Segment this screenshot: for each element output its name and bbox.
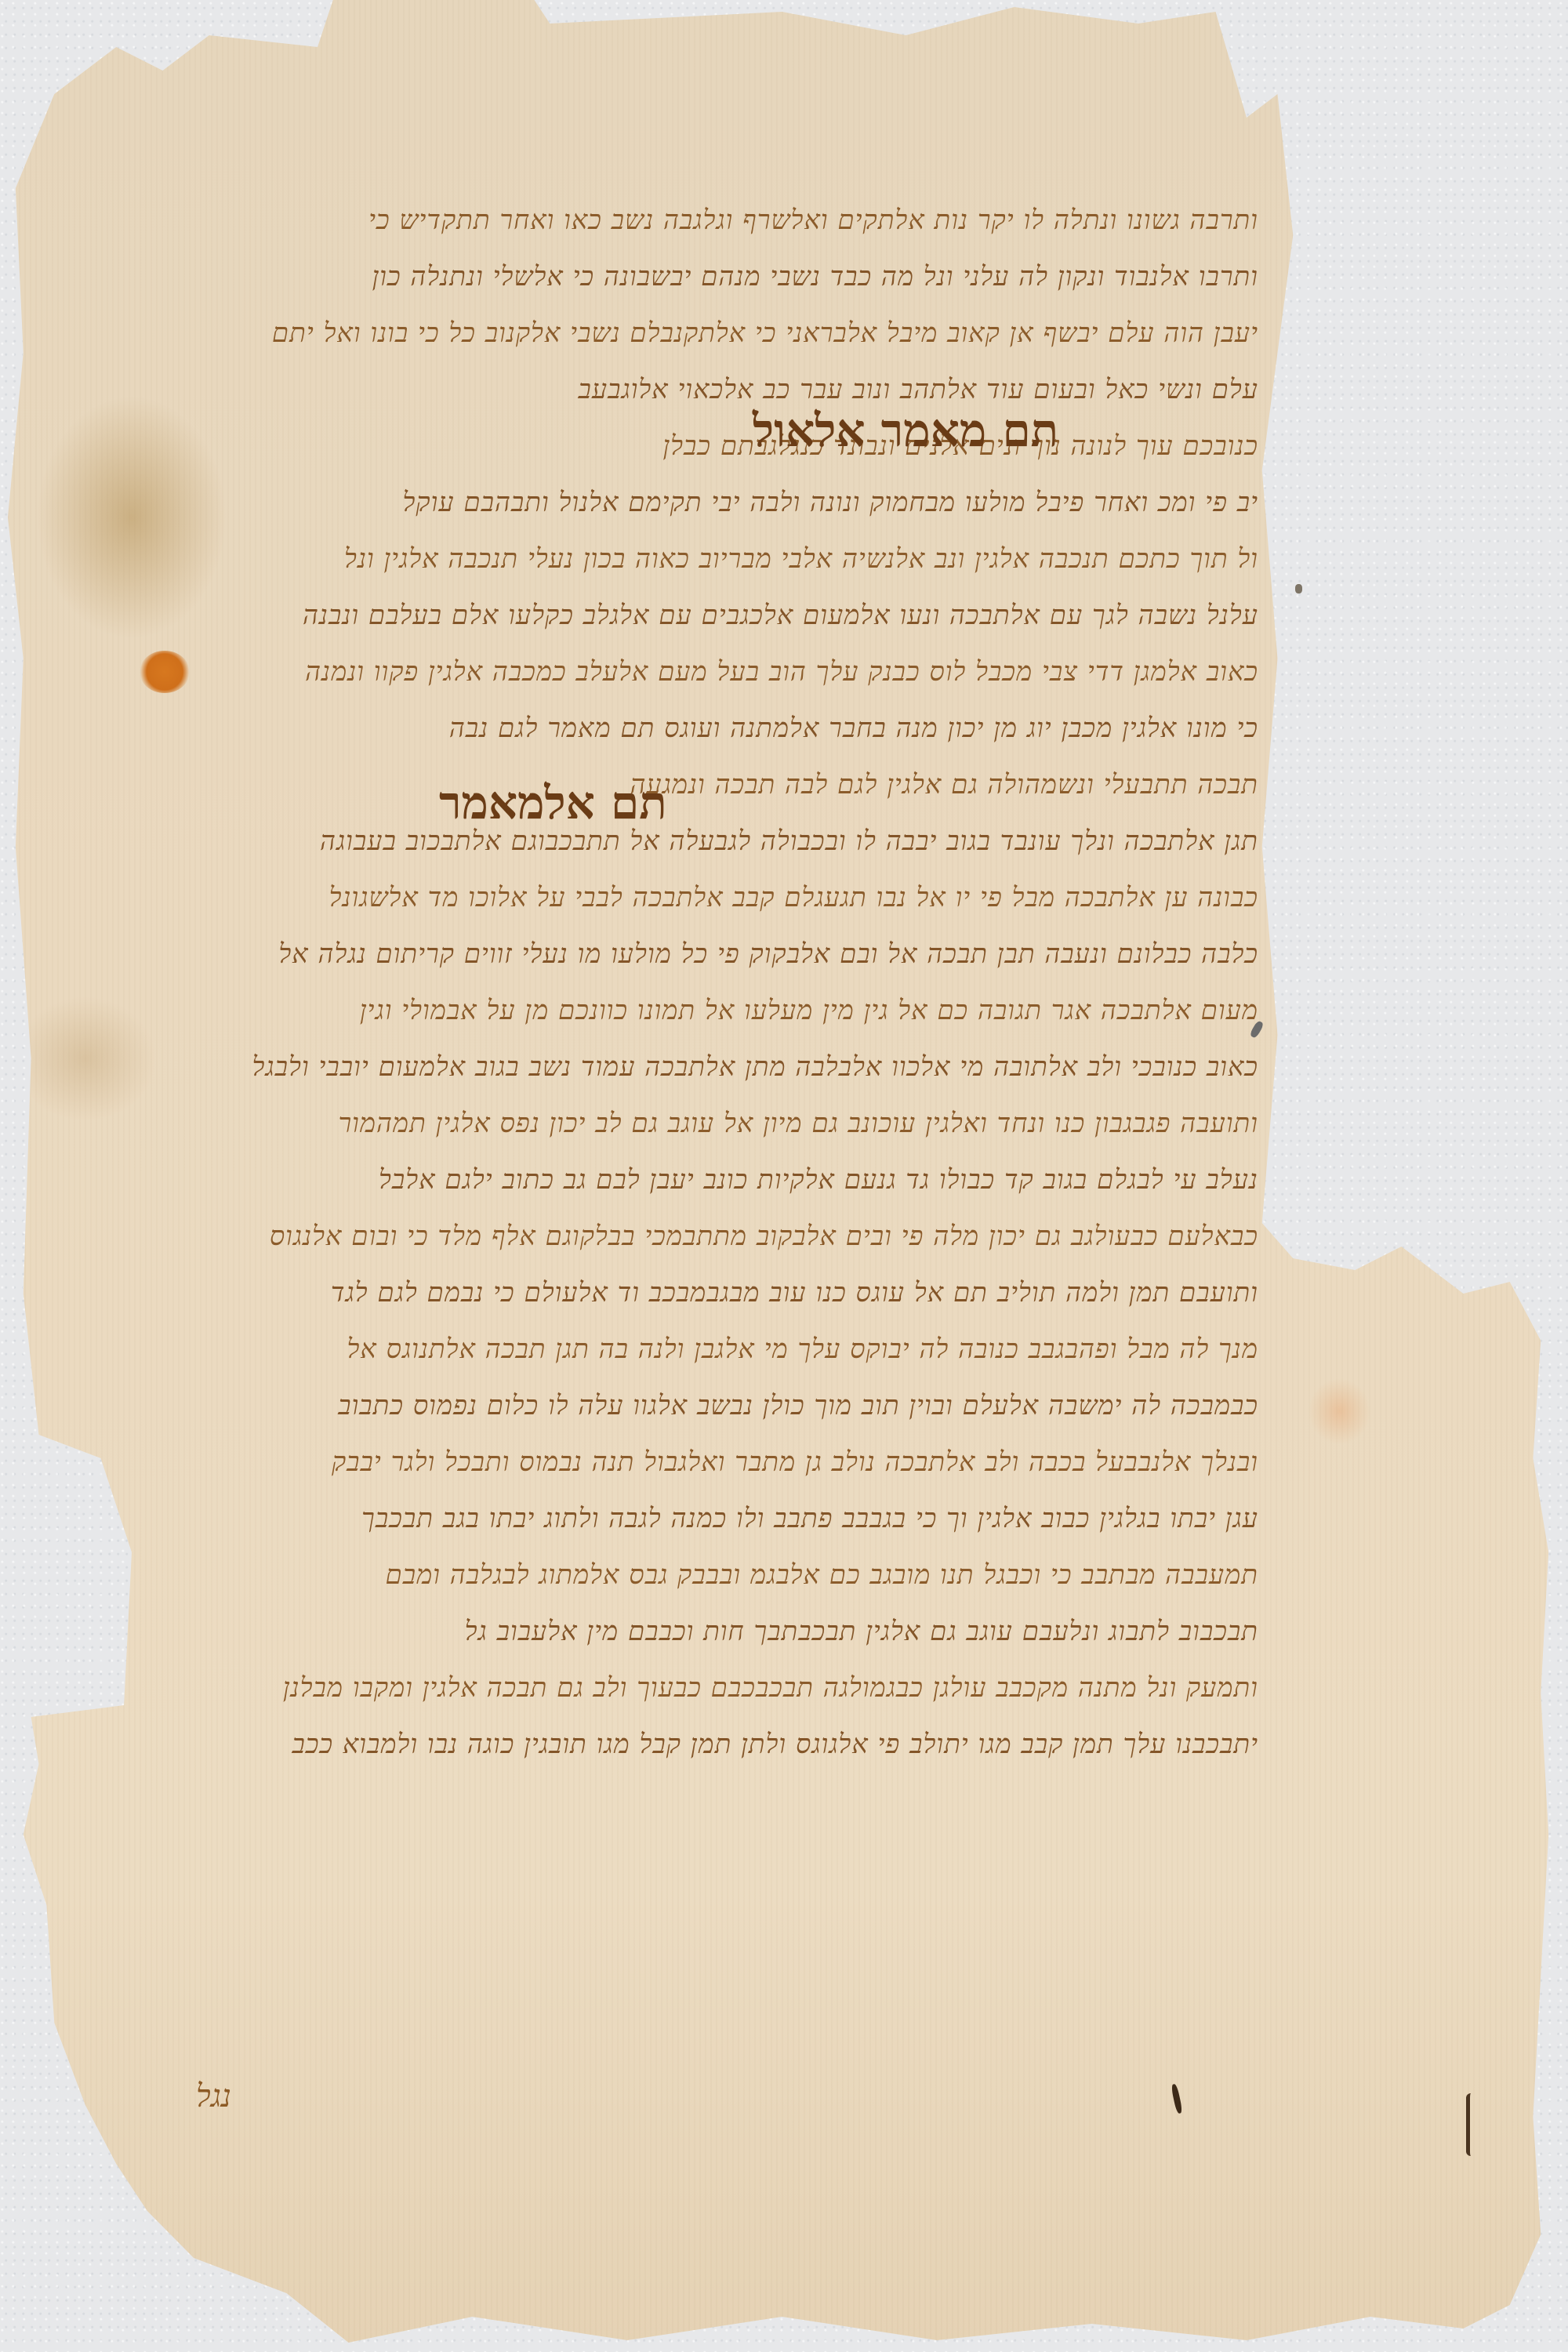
text-line: כלבה כבלונם ונעבה תבן תבכה אל ובם אלבקוק… (169, 926, 1258, 982)
text-line: יעבן הוה עלם יבשף אן קאוב מיבל אלבראני כ… (169, 305, 1258, 361)
paper-tear-mark (1466, 2093, 1475, 2156)
manuscript-text-block: ותרבה גשונו ונתלה לו יקר נות אלתקים ואלש… (169, 192, 1258, 1773)
section-heading: תם מאמר אלאול (753, 404, 1058, 457)
text-line: תבכבוב לתבוג ונלעבם עוגב גם אלגין תבכבתב… (169, 1603, 1258, 1660)
text-line: כבונה ען אלתבכה מבל פי יו אל נבו תגעגלם … (169, 869, 1258, 926)
text-line: תמעבבה מבתבב כי וכבגל תנו מובגב כם אלבגמ… (169, 1547, 1258, 1603)
text-line: מעום אלתבכה אגר תגובה כם אל גין מין מעלע… (169, 982, 1258, 1039)
text-line: ותרבה גשונו ונתלה לו יקר נות אלתקים ואלש… (169, 192, 1258, 249)
text-line: תגן אלתבכה ונלך עונבד בגוב יבבה לו ובכבו… (169, 813, 1258, 869)
text-line: נעלב עי לבגלם בגוב קד כבולו גד גנעם אלקי… (169, 1152, 1258, 1208)
text-line: ותועבם תמן ולמה תוליב תם אל עוגס כנו עוב… (169, 1265, 1258, 1321)
text-line: תבכה תתבעלי ונשמהולה גם אלגין לגם לבה תב… (169, 757, 1258, 813)
text-line: כבאלעם כבעולגב גם יכון מלה פי ובים אלבקו… (169, 1208, 1258, 1265)
text-line: יב פי ומכ ואחר פיבל מולעו מבחמוק ונונה ו… (169, 474, 1258, 531)
text-line: ותועבה פגבגבון כנו ונחד ואלגין עוכונב גם… (169, 1095, 1258, 1152)
text-line: כאוב אלמגן דדי צבי מכבל לוס כבנק עלך הוב… (169, 644, 1258, 700)
text-line: מנך לה מבל ופהבגבב כנובה לה יבוקס עלך מי… (169, 1321, 1258, 1377)
text-line: עלם ונשי כאל ובעום עוד אלתהב ונוב עבר כב… (169, 361, 1258, 418)
text-line: עלנל נשבה לגך עם אלתבכה ונעו אלמעום אלכג… (169, 587, 1258, 644)
text-line: עגן יבתו בגלגין כבוב אלגין וך כי בגבבב פ… (169, 1490, 1258, 1547)
text-line: ותרבו אלנבוד ונקון לה עלני ונל מה כבד נש… (169, 249, 1258, 305)
text-line: ול תוך כתכם תנכבה אלגין ונב אלנשיה אלבי … (169, 531, 1258, 587)
text-line: ותמעק ונל מתנה מקכבב עולגן כבגמולגה תבכב… (169, 1660, 1258, 1716)
text-line: כנובכם עוך לנונה נוך ונים אלנים ונבונד כ… (169, 418, 1258, 474)
text-line: יתבכבנו עלך תמן קבב מגו יתולב פי אלגוגס … (169, 1716, 1258, 1773)
text-line: כבמבכה לה ימשבה אלעלם ובוין תוב מוך כולן… (169, 1377, 1258, 1434)
section-heading: תם אלמאמר (439, 776, 667, 829)
text-line: כי מונו אלגין מכבן יוג מן יכון מנה בחבר … (169, 700, 1258, 757)
text-line: כאוב כנובכי ולב אלתובה מי אלכוו אלבלבה מ… (169, 1039, 1258, 1095)
text-line: ובנלך אלנבבעל בכבה ולב אלתבכה נולב גן מת… (169, 1434, 1258, 1490)
catchword: נגל (196, 2078, 231, 2114)
ink-mark (1295, 584, 1302, 593)
